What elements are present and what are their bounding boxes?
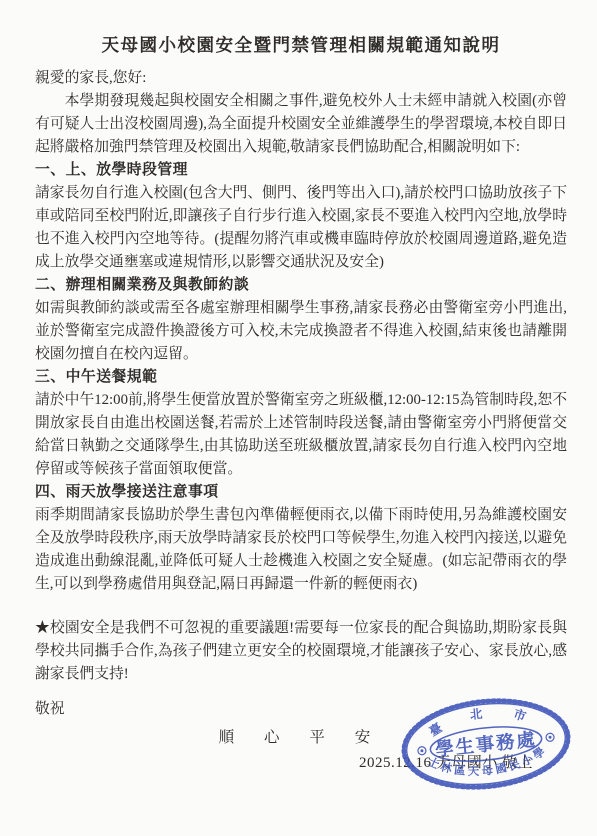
section-1-body: 請家長勿自行進入校園(包含大門、側門、後門等出入口),請於校門口協助放孩子下車或…: [35, 182, 567, 274]
section-1-heading: 一、上、放學時段管理: [35, 159, 567, 182]
section-4-heading: 四、雨天放學接送注意事項: [35, 481, 567, 504]
section-3-body: 請於中午12:00前,將學生便當放置於警衛室旁之班級櫃,12:00-12:15為…: [35, 389, 567, 481]
section-1: 一、上、放學時段管理 請家長勿自行進入校園(包含大門、側門、後門等出入口),請於…: [35, 159, 567, 274]
section-3-heading: 三、中午送餐規範: [35, 366, 567, 389]
section-4: 四、雨天放學接送注意事項 雨季期間請家長協助於學生書包內準備輕便雨衣,以備下雨時…: [35, 481, 567, 596]
page-title: 天母國小校園安全暨門禁管理相關規範通知說明: [35, 32, 567, 57]
section-2: 二、辦理相關業務及與教師約談 如需與教師約談或需至各處室辦理相關學生事務,請家長…: [35, 274, 567, 366]
notice-document: 天母國小校園安全暨門禁管理相關規範通知說明 親愛的家長,您好: 本學期發現幾起與…: [0, 0, 597, 772]
closing-note: ★校園安全是我們不可忽視的重要議題!需要每一位家長的配合與協助,期盼家長與學校共…: [35, 617, 567, 686]
section-4-body: 雨季期間請家長協助於學生書包內準備輕便雨衣,以備下雨時使用,另為維護校園安全及放…: [35, 504, 567, 596]
section-3: 三、中午送餐規範 請於中午12:00前,將學生便當放置於警衛室旁之班級櫃,12:…: [35, 366, 567, 481]
seal-rosette-right: [546, 733, 555, 742]
seal-rosette-left: [418, 746, 427, 755]
seal-center-text: 學生事務處: [434, 728, 537, 760]
intro-paragraph: 本學期發現幾起與校園安全相關之事件,避免校外人士未經申請就入校園(亦曾有可疑人士…: [35, 90, 567, 159]
salutation: 親愛的家長,您好:: [35, 67, 567, 90]
section-2-body: 如需與教師約談或需至各處室辦理相關學生事務,請家長務必由警衛室旁小門進出,並於警…: [35, 297, 567, 366]
section-2-heading: 二、辦理相關業務及與教師約談: [35, 274, 567, 297]
school-office-seal: 臺 北 市 士林區天母國民小學 學生事務處: [396, 690, 576, 798]
